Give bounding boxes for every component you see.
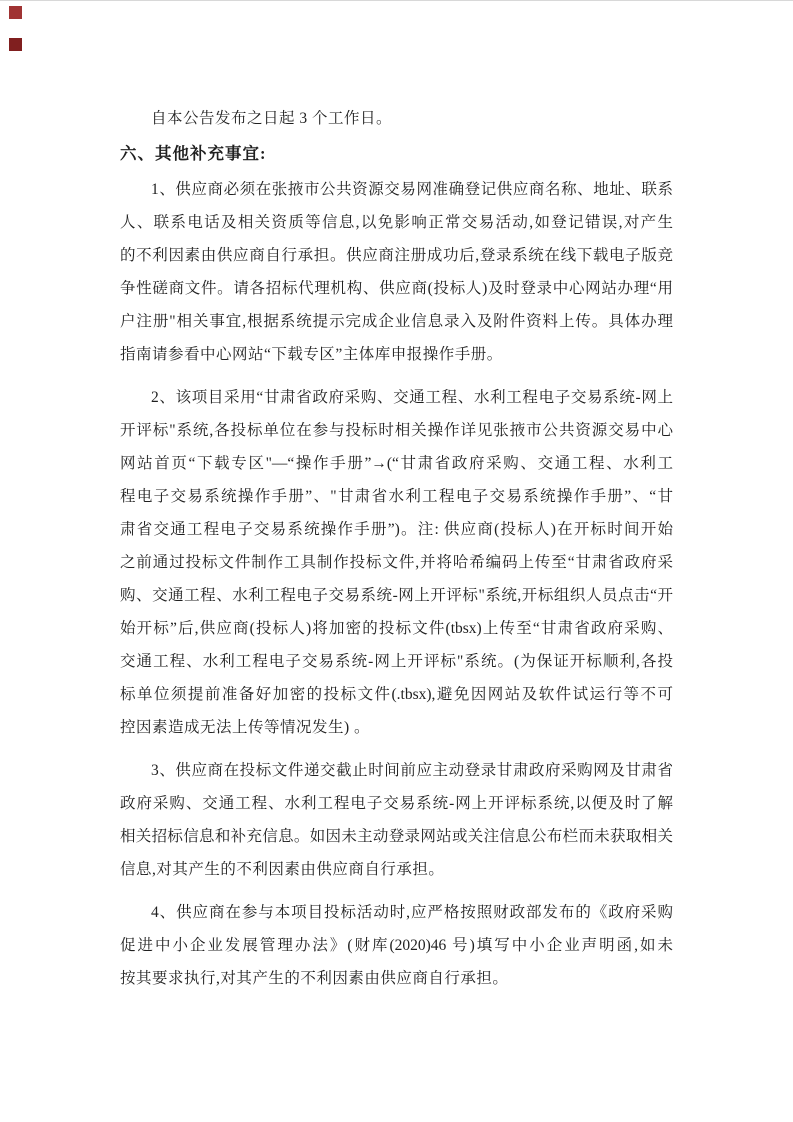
paragraph-4: 4、供应商在参与本项目投标活动时,应严格按照财政部发布的《政府采购促进中小企业发… <box>120 896 673 995</box>
text-line: 网站首页“下载专区"—“操作手册”→(“甘肃省政府采购、交通工程、水利工 <box>120 447 673 480</box>
text-line: 肃省交通工程电子交易系统操作手册”)。注: 供应商(投标人)在开标时间开始 <box>120 513 673 546</box>
text-line: 2、该项目采用“甘肃省政府采购、交通工程、水利工程电子交易系统-网上 <box>120 381 673 414</box>
section-heading: 六、其他补充事宜: <box>120 137 673 170</box>
paragraph-2: 2、该项目采用“甘肃省政府采购、交通工程、水利工程电子交易系统-网上开评标"系统… <box>120 381 673 744</box>
red-marker-2 <box>9 38 22 51</box>
red-marker-1 <box>9 6 22 19</box>
text-line: 政府采购、交通工程、水利工程电子交易系统-网上开评标系统,以便及时了解 <box>120 787 673 820</box>
text-line: 开评标"系统,各投标单位在参与投标时相关操作详见张掖市公共资源交易中心 <box>120 414 673 447</box>
text-line: 户注册"相关事宜,根据系统提示完成企业信息录入及附件资料上传。具体办理 <box>120 305 673 338</box>
paragraph-1: 1、供应商必须在张掖市公共资源交易网准确登记供应商名称、地址、联系人、联系电话及… <box>120 173 673 371</box>
text-line: 相关招标信息和补充信息。如因未主动登录网站或关注信息公布栏而未获取相关 <box>120 820 673 853</box>
text-line: 4、供应商在参与本项目投标活动时,应严格按照财政部发布的《政府采购 <box>120 896 673 929</box>
intro-line: 自本公告发布之日起 3 个工作日。 <box>120 102 673 135</box>
text-line: 交通工程、水利工程电子交易系统-网上开评标"系统。(为保证开标顺利,各投 <box>120 645 673 678</box>
text-line: 按其要求执行,对其产生的不利因素由供应商自行承担。 <box>120 962 673 995</box>
text-line: 人、联系电话及相关资质等信息,以免影响正常交易活动,如登记错误,对产生 <box>120 206 673 239</box>
page-top-edge <box>0 0 793 1</box>
text-line: 之前通过投标文件制作工具制作投标文件,并将哈希编码上传至“甘肃省政府采 <box>120 546 673 579</box>
paragraphs: 1、供应商必须在张掖市公共资源交易网准确登记供应商名称、地址、联系人、联系电话及… <box>120 173 673 995</box>
text-line: 控因素造成无法上传等情况发生) 。 <box>120 711 673 744</box>
text-line: 信息,对其产生的不利因素由供应商自行承担。 <box>120 853 673 886</box>
text-line: 程电子交易系统操作手册”、"甘肃省水利工程电子交易系统操作手册”、“甘 <box>120 480 673 513</box>
text-line: 标单位须提前准备好加密的投标文件(.tbsx),避免因网站及软件试运行等不可 <box>120 678 673 711</box>
text-line: 3、供应商在投标文件递交截止时间前应主动登录甘肃政府采购网及甘肃省 <box>120 754 673 787</box>
document-content: 自本公告发布之日起 3 个工作日。 六、其他补充事宜: 1、供应商必须在张掖市公… <box>120 102 673 995</box>
text-line: 购、交通工程、水利工程电子交易系统-网上开评标"系统,开标组织人员点击“开 <box>120 579 673 612</box>
text-line: 1、供应商必须在张掖市公共资源交易网准确登记供应商名称、地址、联系 <box>120 173 673 206</box>
text-line: 促进中小企业发展管理办法》(财库(2020)46 号)填写中小企业声明函,如未 <box>120 929 673 962</box>
text-line: 指南请参看中心网站“下载专区”主体库申报操作手册。 <box>120 338 673 371</box>
text-line: 争性磋商文件。请各招标代理机构、供应商(投标人)及时登录中心网站办理“用 <box>120 272 673 305</box>
text-line: 始开标”后,供应商(投标人)将加密的投标文件(tbsx)上传至“甘肃省政府采购、 <box>120 612 673 645</box>
text-line: 的不利因素由供应商自行承担。供应商注册成功后,登录系统在线下载电子版竞 <box>120 239 673 272</box>
paragraph-3: 3、供应商在投标文件递交截止时间前应主动登录甘肃政府采购网及甘肃省政府采购、交通… <box>120 754 673 886</box>
